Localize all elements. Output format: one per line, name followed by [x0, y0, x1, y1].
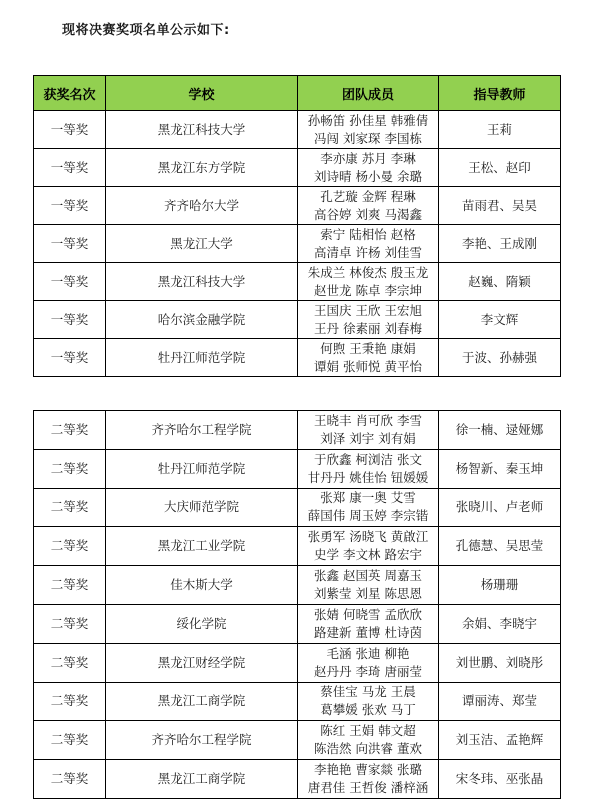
- members-line-2: 甘丹丹 姚佳怡 钮媛媛: [298, 469, 438, 487]
- members-line-1: 王国庆 王欣 王宏旭: [298, 302, 438, 320]
- team-members-cell: 李亦康 苏月 李琳刘诗晴 杨小曼 余璐: [298, 149, 439, 187]
- members-line-1: 张鑫 赵国英 周嘉玉: [298, 567, 438, 585]
- award-rank-cell: 二等奖: [34, 488, 106, 527]
- award-rank-cell: 二等奖: [34, 721, 106, 760]
- team-members-cell: 张婧 何晓雪 孟欣欣路建新 董博 杜诗茵: [298, 604, 439, 643]
- members-line-2: 高清卓 许杨 刘佳雪: [298, 244, 438, 262]
- advisors-cell: 王莉: [439, 111, 561, 149]
- table-row: 二等奖黑龙江工商学院蔡佳宝 马龙 王晨葛攀媛 张欢 马丁谭丽涛、郑莹: [34, 682, 561, 721]
- members-line-2: 陈浩然 向洪睿 董欢: [298, 740, 438, 758]
- advisors-cell: 于波、孙赫强: [439, 339, 561, 377]
- award-rank-cell: 二等奖: [34, 682, 106, 721]
- award-rank-cell: 二等奖: [34, 411, 106, 450]
- school-cell: 黑龙江大学: [106, 225, 298, 263]
- award-rank-cell: 二等奖: [34, 604, 106, 643]
- members-line-1: 孙畅笛 孙佳星 韩雅倩: [298, 112, 438, 130]
- team-members-cell: 孙畅笛 孙佳星 韩雅倩冯闯 刘家琛 李国栋: [298, 111, 439, 149]
- advisors-cell: 余娟、李晓宇: [439, 604, 561, 643]
- team-members-cell: 张勇军 汤晓飞 黄啟江史学 李文林 路宏宇: [298, 527, 439, 566]
- members-line-2: 王丹 徐素丽 刘春梅: [298, 320, 438, 338]
- award-rank-cell: 一等奖: [34, 263, 106, 301]
- table-row: 一等奖黑龙江科技大学朱成兰 林俊杰 殷玉龙赵世龙 陈卓 李宗坤赵巍、隋颖: [34, 263, 561, 301]
- page-title: 现将决赛奖项名单公示如下:: [62, 19, 230, 38]
- members-line-2: 薛国伟 周玉婷 李宗锴: [298, 507, 438, 525]
- school-cell: 黑龙江科技大学: [106, 263, 298, 301]
- team-members-cell: 张郑 康一奥 艾雪薛国伟 周玉婷 李宗锴: [298, 488, 439, 527]
- members-line-2: 谭娟 张师悦 黄平怡: [298, 358, 438, 376]
- team-members-cell: 王国庆 王欣 王宏旭王丹 徐素丽 刘春梅: [298, 301, 439, 339]
- table-row: 一等奖哈尔滨金融学院王国庆 王欣 王宏旭王丹 徐素丽 刘春梅李文辉: [34, 301, 561, 339]
- advisors-cell: 杨珊珊: [439, 566, 561, 605]
- members-line-1: 张婧 何晓雪 孟欣欣: [298, 606, 438, 624]
- table-row: 二等奖黑龙江工业学院张勇军 汤晓飞 黄啟江史学 李文林 路宏宇孔德慧、吴思莹: [34, 527, 561, 566]
- table-row: 二等奖佳木斯大学张鑫 赵国英 周嘉玉刘紫莹 刘星 陈思恩杨珊珊: [34, 566, 561, 605]
- first-prize-rows: 一等奖黑龙江科技大学孙畅笛 孙佳星 韩雅倩冯闯 刘家琛 李国栋王莉一等奖黑龙江东…: [34, 111, 561, 377]
- members-line-1: 李艳艳 曹家燚 张璐: [298, 761, 438, 779]
- table-row: 二等奖绥化学院张婧 何晓雪 孟欣欣路建新 董博 杜诗茵余娟、李晓宇: [34, 604, 561, 643]
- team-members-cell: 王晓丰 肖可欣 李雪刘泽 刘宇 刘有娟: [298, 411, 439, 450]
- members-line-1: 王晓丰 肖可欣 李雪: [298, 412, 438, 430]
- school-cell: 黑龙江工商学院: [106, 760, 298, 799]
- advisors-cell: 李艳、王成刚: [439, 225, 561, 263]
- school-cell: 佳木斯大学: [106, 566, 298, 605]
- table-row: 一等奖黑龙江科技大学孙畅笛 孙佳星 韩雅倩冯闯 刘家琛 李国栋王莉: [34, 111, 561, 149]
- team-members-cell: 何煦 王秉艳 康娟谭娟 张师悦 黄平怡: [298, 339, 439, 377]
- team-members-cell: 毛涵 张迪 柳艳赵丹丹 李琦 唐丽莹: [298, 643, 439, 682]
- award-rank-cell: 二等奖: [34, 449, 106, 488]
- team-members-cell: 孔艺璇 金辉 程琳高谷婷 刘爽 马渴鑫: [298, 187, 439, 225]
- header-award-rank: 获奖名次: [34, 76, 106, 111]
- members-line-1: 陈红 王娟 韩文超: [298, 722, 438, 740]
- team-members-cell: 李艳艳 曹家燚 张璐唐君佳 王哲俊 潘梓涵: [298, 760, 439, 799]
- first-prize-table: 获奖名次 学校 团队成员 指导教师 一等奖黑龙江科技大学孙畅笛 孙佳星 韩雅倩冯…: [33, 75, 561, 377]
- advisors-cell: 杨智新、秦玉坤: [439, 449, 561, 488]
- school-cell: 黑龙江工商学院: [106, 682, 298, 721]
- members-line-2: 刘诗晴 杨小曼 余璐: [298, 168, 438, 186]
- table-row: 二等奖齐齐哈尔工程学院王晓丰 肖可欣 李雪刘泽 刘宇 刘有娟徐一楠、逯娅娜: [34, 411, 561, 450]
- school-cell: 黑龙江财经学院: [106, 643, 298, 682]
- advisors-cell: 苗雨君、吴昊: [439, 187, 561, 225]
- advisors-cell: 徐一楠、逯娅娜: [439, 411, 561, 450]
- table-header-row: 获奖名次 学校 团队成员 指导教师: [34, 76, 561, 111]
- advisors-cell: 张晓川、卢老师: [439, 488, 561, 527]
- members-line-2: 高谷婷 刘爽 马渴鑫: [298, 206, 438, 224]
- team-members-cell: 于欣鑫 柯浏洁 张文甘丹丹 姚佳怡 钮媛媛: [298, 449, 439, 488]
- advisors-cell: 赵巍、隋颖: [439, 263, 561, 301]
- members-line-2: 刘泽 刘宇 刘有娟: [298, 430, 438, 448]
- header-school: 学校: [106, 76, 298, 111]
- table-row: 一等奖牡丹江师范学院何煦 王秉艳 康娟谭娟 张师悦 黄平怡于波、孙赫强: [34, 339, 561, 377]
- award-rank-cell: 二等奖: [34, 527, 106, 566]
- members-line-1: 张郑 康一奥 艾雪: [298, 489, 438, 507]
- award-rank-cell: 一等奖: [34, 187, 106, 225]
- school-cell: 大庆师范学院: [106, 488, 298, 527]
- school-cell: 齐齐哈尔工程学院: [106, 721, 298, 760]
- table-row: 二等奖齐齐哈尔工程学院陈红 王娟 韩文超陈浩然 向洪睿 董欢刘玉洁、孟艳辉: [34, 721, 561, 760]
- members-line-1: 蔡佳宝 马龙 王晨: [298, 683, 438, 701]
- award-rank-cell: 一等奖: [34, 225, 106, 263]
- team-members-cell: 朱成兰 林俊杰 殷玉龙赵世龙 陈卓 李宗坤: [298, 263, 439, 301]
- second-prize-rows: 二等奖齐齐哈尔工程学院王晓丰 肖可欣 李雪刘泽 刘宇 刘有娟徐一楠、逯娅娜二等奖…: [34, 411, 561, 799]
- school-cell: 牡丹江师范学院: [106, 339, 298, 377]
- advisors-cell: 刘世鹏、刘晓彤: [439, 643, 561, 682]
- advisors-cell: 孔德慧、吴思莹: [439, 527, 561, 566]
- award-rank-cell: 一等奖: [34, 149, 106, 187]
- members-line-1: 索宁 陆相怡 赵格: [298, 226, 438, 244]
- members-line-2: 赵丹丹 李琦 唐丽莹: [298, 663, 438, 681]
- advisors-cell: 李文辉: [439, 301, 561, 339]
- members-line-1: 孔艺璇 金辉 程琳: [298, 188, 438, 206]
- school-cell: 哈尔滨金融学院: [106, 301, 298, 339]
- members-line-2: 唐君佳 王哲俊 潘梓涵: [298, 779, 438, 797]
- advisors-cell: 王松、赵印: [439, 149, 561, 187]
- team-members-cell: 陈红 王娟 韩文超陈浩然 向洪睿 董欢: [298, 721, 439, 760]
- team-members-cell: 索宁 陆相怡 赵格高清卓 许杨 刘佳雪: [298, 225, 439, 263]
- table-row: 一等奖黑龙江东方学院李亦康 苏月 李琳刘诗晴 杨小曼 余璐王松、赵印: [34, 149, 561, 187]
- members-line-2: 赵世龙 陈卓 李宗坤: [298, 282, 438, 300]
- second-prize-table: 二等奖齐齐哈尔工程学院王晓丰 肖可欣 李雪刘泽 刘宇 刘有娟徐一楠、逯娅娜二等奖…: [33, 410, 561, 799]
- table-row: 二等奖大庆师范学院张郑 康一奥 艾雪薛国伟 周玉婷 李宗锴张晓川、卢老师: [34, 488, 561, 527]
- members-line-1: 何煦 王秉艳 康娟: [298, 340, 438, 358]
- members-line-2: 冯闯 刘家琛 李国栋: [298, 130, 438, 148]
- members-line-2: 葛攀媛 张欢 马丁: [298, 701, 438, 719]
- table-row: 一等奖齐齐哈尔大学孔艺璇 金辉 程琳高谷婷 刘爽 马渴鑫苗雨君、吴昊: [34, 187, 561, 225]
- members-line-1: 毛涵 张迪 柳艳: [298, 645, 438, 663]
- advisors-cell: 谭丽涛、郑莹: [439, 682, 561, 721]
- members-line-2: 路建新 董博 杜诗茵: [298, 624, 438, 642]
- award-rank-cell: 二等奖: [34, 566, 106, 605]
- members-line-2: 刘紫莹 刘星 陈思恩: [298, 585, 438, 603]
- school-cell: 绥化学院: [106, 604, 298, 643]
- award-rank-cell: 二等奖: [34, 760, 106, 799]
- school-cell: 齐齐哈尔工程学院: [106, 411, 298, 450]
- members-line-1: 张勇军 汤晓飞 黄啟江: [298, 528, 438, 546]
- members-line-1: 于欣鑫 柯浏洁 张文: [298, 451, 438, 469]
- award-rank-cell: 二等奖: [34, 643, 106, 682]
- award-rank-cell: 一等奖: [34, 339, 106, 377]
- advisors-cell: 刘玉洁、孟艳辉: [439, 721, 561, 760]
- table-row: 二等奖牡丹江师范学院于欣鑫 柯浏洁 张文甘丹丹 姚佳怡 钮媛媛杨智新、秦玉坤: [34, 449, 561, 488]
- school-cell: 黑龙江科技大学: [106, 111, 298, 149]
- advisors-cell: 宋冬玮、巫张晶: [439, 760, 561, 799]
- table-row: 二等奖黑龙江工商学院李艳艳 曹家燚 张璐唐君佳 王哲俊 潘梓涵宋冬玮、巫张晶: [34, 760, 561, 799]
- award-rank-cell: 一等奖: [34, 301, 106, 339]
- table-row: 二等奖黑龙江财经学院毛涵 张迪 柳艳赵丹丹 李琦 唐丽莹刘世鹏、刘晓彤: [34, 643, 561, 682]
- team-members-cell: 张鑫 赵国英 周嘉玉刘紫莹 刘星 陈思恩: [298, 566, 439, 605]
- header-team-members: 团队成员: [298, 76, 439, 111]
- award-rank-cell: 一等奖: [34, 111, 106, 149]
- school-cell: 黑龙江工业学院: [106, 527, 298, 566]
- table-row: 一等奖黑龙江大学索宁 陆相怡 赵格高清卓 许杨 刘佳雪李艳、王成刚: [34, 225, 561, 263]
- team-members-cell: 蔡佳宝 马龙 王晨葛攀媛 张欢 马丁: [298, 682, 439, 721]
- members-line-2: 史学 李文林 路宏宇: [298, 546, 438, 564]
- school-cell: 黑龙江东方学院: [106, 149, 298, 187]
- members-line-1: 李亦康 苏月 李琳: [298, 150, 438, 168]
- school-cell: 齐齐哈尔大学: [106, 187, 298, 225]
- header-advisors: 指导教师: [439, 76, 561, 111]
- members-line-1: 朱成兰 林俊杰 殷玉龙: [298, 264, 438, 282]
- school-cell: 牡丹江师范学院: [106, 449, 298, 488]
